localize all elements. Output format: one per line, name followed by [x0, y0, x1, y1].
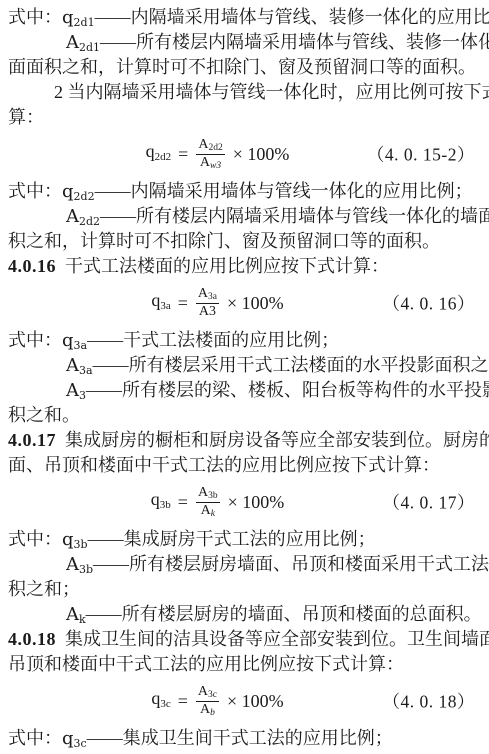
symbol-subscript: k [79, 613, 86, 626]
symbol-base: A [198, 137, 208, 152]
symbol-base: q [62, 529, 74, 550]
symbol-base: A [200, 155, 210, 170]
symbol-subscript: 2d2 [208, 143, 222, 153]
definition-line: A3——所有楼层的梁、楼板、阳台板等构件的水平投影面 [8, 378, 483, 403]
body-text: 算： [8, 107, 44, 127]
symbol-base: A [66, 206, 79, 227]
fraction: A3a A3 [196, 286, 219, 322]
body-line: 2 当内隔墙采用墙体与管线一体化时，应用比例可按下式计 [8, 80, 483, 105]
fraction-denominator: Ab [198, 702, 217, 719]
times-100-label: × 100% [233, 142, 290, 167]
symbol-A2d1: A2d1 [66, 32, 100, 53]
symbol-base: q [62, 181, 74, 202]
symbol-subscript: 2d1 [74, 16, 95, 29]
symbol-base: A [201, 503, 211, 518]
symbol-base: A [198, 684, 208, 699]
document-page: 式中：q2d1——内隔墙采用墙体与管线、装修一体化的应用比例； A2d1——所有… [0, 0, 489, 751]
formula-lhs: q3b [151, 487, 171, 518]
times-100-label: × 100% [227, 689, 284, 714]
symbol-subscript: 3c [74, 737, 87, 750]
definition-text: ——集成卫生间干式工法的应用比例； [87, 728, 393, 748]
symbol-A3: A3 [66, 380, 86, 401]
times-100-label: × 100% [227, 291, 284, 316]
shizhong-label: 式中： [8, 330, 62, 350]
symbol-subscript: 3b [160, 499, 171, 511]
definition-text: ——所有楼层内隔墙采用墙体与管线、装修一体化的墙 [100, 32, 489, 52]
symbol-subscript: 2d2 [74, 190, 95, 203]
definition-text: ——所有楼层厨房墙面、吊顶和楼面采用干式工法的面 [93, 554, 489, 574]
formula-row-4-0-18: q3c = A3c Ab × 100% （4. 0. 18） [8, 678, 483, 725]
body-line: 算： [8, 105, 483, 130]
definition-line: 式中：q2d2——内隔墙采用墙体与管线一体化的应用比例； [8, 179, 483, 204]
symbol-base: q [146, 141, 155, 161]
body-text: 积之和，计算时可不扣除门、窗及预留洞口等的面积。 [8, 231, 440, 251]
symbol-subscript: 3b [79, 563, 93, 576]
symbol-Ak: Ak [66, 604, 86, 625]
definition-line: 式中：q2d1——内隔墙采用墙体与管线、装修一体化的应用比例； [8, 5, 483, 30]
symbol-base: q [62, 7, 74, 28]
symbol-q3b: q3b [62, 529, 88, 550]
symbol-base: q [62, 330, 74, 351]
definition-text: ——内隔墙采用墙体与管线一体化的应用比例； [95, 181, 473, 201]
formula: q3a = A3a A3 × 100% [151, 286, 283, 322]
section-text: 干式工法楼面的应用比例应按下式计算： [65, 256, 389, 276]
definition-line: 式中：q3c——集成卫生间干式工法的应用比例； [8, 726, 483, 751]
symbol-subscript: k [211, 509, 215, 519]
fraction: A3c Ab [196, 684, 219, 720]
formula-row-4-0-16: q3a = A3a A3 × 100% （4. 0. 16） [8, 280, 483, 327]
symbol-base: A [198, 286, 208, 301]
symbol-subscript: w3 [210, 161, 221, 171]
body-line: 积之和，计算时可不扣除门、窗及预留洞口等的面积。 [8, 229, 483, 254]
equals-sign: = [178, 291, 188, 316]
definition-line: Ak——所有楼层厨房的墙面、吊顶和楼面的总面积。 [8, 602, 483, 627]
symbol-subscript: 2d2 [79, 215, 100, 228]
equation-number: （4. 0. 15-2） [367, 142, 475, 167]
symbol-q2d2: q2d2 [62, 181, 95, 202]
definition-line: 式中：q3b——集成厨房干式工法的应用比例； [8, 527, 483, 552]
section-text: 集成厨房的橱柜和厨房设备等应全部安装到位。厨房的墙 [65, 430, 489, 450]
formula-row-4-0-15-2: q2d2 = A2d2 Aw3 × 100% （4. 0. 15-2） [8, 131, 483, 178]
body-line: 面、吊顶和楼面中干式工法的应用比例应按下式计算： [8, 453, 483, 478]
fraction-denominator: Ak [199, 503, 217, 520]
body-text: 面面积之和，计算时可不扣除门、窗及预留洞口等的面积。 [8, 57, 476, 77]
shizhong-label: 式中： [8, 529, 62, 549]
equation-number: （4. 0. 18） [383, 689, 476, 714]
symbol-base: A [200, 702, 210, 717]
symbol-base: q [151, 489, 160, 509]
symbol-subscript: 3b [74, 538, 88, 551]
times-100-label: × 100% [228, 490, 285, 515]
body-text: 2 当内隔墙采用墙体与管线一体化时，应用比例可按下式计 [54, 82, 489, 102]
fraction-numerator: A3a [196, 286, 219, 304]
formula-lhs: q3c [151, 686, 170, 717]
symbol-base: q [151, 688, 160, 708]
body-line: 积之和； [8, 577, 483, 602]
symbol-q3c: q3c [62, 728, 87, 749]
definition-text: ——集成厨房干式工法的应用比例； [88, 529, 376, 549]
formula-lhs: q3a [151, 288, 170, 319]
body-line: 积之和。 [8, 403, 483, 428]
formula: q2d2 = A2d2 Aw3 × 100% [146, 137, 290, 173]
symbol-A2d2: A2d2 [66, 206, 100, 227]
formula: q3b = A3b Ak × 100% [151, 485, 284, 521]
symbol-base: A [66, 554, 79, 575]
formula-row-4-0-17: q3b = A3b Ak × 100% （4. 0. 17） [8, 479, 483, 526]
symbol-base: q [62, 728, 74, 749]
definition-line: 式中：q3a——干式工法楼面的应用比例； [8, 328, 483, 353]
definition-line: A2d1——所有楼层内隔墙采用墙体与管线、装修一体化的墙 [8, 30, 483, 55]
symbol-q2d1: q2d1 [62, 7, 95, 28]
shizhong-label: 式中： [8, 728, 62, 748]
definition-text: ——所有楼层采用干式工法楼面的水平投影面积之和； [93, 355, 489, 375]
fraction: A2d2 Aw3 [196, 137, 224, 173]
body-text: 积之和； [8, 579, 80, 599]
symbol-subscript: 3a [208, 292, 217, 302]
symbol-subscript: 2d2 [155, 151, 172, 163]
symbol-base: A [66, 355, 79, 376]
body-line: 吊顶和楼面中干式工法的应用比例应按下式计算： [8, 652, 483, 677]
section-line-4-0-17: 4.0.17集成厨房的橱柜和厨房设备等应全部安装到位。厨房的墙 [8, 428, 483, 453]
symbol-subscript: 3c [208, 690, 217, 700]
fraction: A3b Ak [196, 485, 220, 521]
symbol-base: A [198, 485, 208, 500]
fraction-denominator: Aw3 [198, 155, 223, 172]
symbol-subscript: 3c [160, 698, 170, 710]
definition-text: ——所有楼层内隔墙采用墙体与管线一体化的墙面面 [100, 206, 489, 226]
section-number: 4.0.16 [8, 256, 56, 276]
symbol-subscript: b [210, 708, 215, 718]
section-number: 4.0.17 [8, 430, 56, 450]
definition-line: A3a——所有楼层采用干式工法楼面的水平投影面积之和； [8, 353, 483, 378]
symbol-subscript: 3b [208, 491, 218, 501]
shizhong-label: 式中： [8, 181, 62, 201]
symbol-base: q [151, 290, 160, 310]
body-line: 面面积之和，计算时可不扣除门、窗及预留洞口等的面积。 [8, 55, 483, 80]
section-text: 集成卫生间的洁具设备等应全部安装到位。卫生间墙面、 [65, 629, 489, 649]
symbol-base: A [66, 32, 79, 53]
symbol-A3b: A3b [66, 554, 93, 575]
symbol-q3a: q3a [62, 330, 87, 351]
equals-sign: = [178, 490, 188, 515]
symbol-subscript: 2d1 [79, 41, 100, 54]
body-text: 积之和。 [8, 405, 80, 425]
section-line-4-0-16: 4.0.16干式工法楼面的应用比例应按下式计算： [8, 254, 483, 279]
formula: q3c = A3c Ab × 100% [151, 684, 283, 720]
symbol-subscript: 3a [79, 364, 93, 377]
section-line-4-0-18: 4.0.18集成卫生间的洁具设备等应全部安装到位。卫生间墙面、 [8, 627, 483, 652]
fraction-denominator: A3 [197, 304, 218, 321]
definition-text: ——所有楼层厨房的墙面、吊顶和楼面的总面积。 [86, 604, 482, 624]
body-text: 面、吊顶和楼面中干式工法的应用比例应按下式计算： [8, 455, 440, 475]
definition-line: A3b——所有楼层厨房墙面、吊顶和楼面采用干式工法的面 [8, 552, 483, 577]
equals-sign: = [178, 689, 188, 714]
fraction-numerator: A3b [196, 485, 220, 503]
formula-lhs: q2d2 [146, 139, 172, 170]
definition-text: ——干式工法楼面的应用比例； [87, 330, 339, 350]
definition-text: ——内隔墙采用墙体与管线、装修一体化的应用比例； [95, 7, 489, 27]
symbol-subscript: 3 [79, 389, 86, 402]
fraction-numerator: A2d2 [196, 137, 224, 155]
equals-sign: = [178, 142, 188, 167]
symbol-subscript: 3a [74, 339, 88, 352]
definition-line: A2d2——所有楼层内隔墙采用墙体与管线一体化的墙面面 [8, 204, 483, 229]
equation-number: （4. 0. 16） [383, 291, 476, 316]
fraction-numerator: A3c [196, 684, 219, 702]
symbol-A3a: A3a [66, 355, 93, 376]
definition-text: ——所有楼层的梁、楼板、阳台板等构件的水平投影面 [86, 380, 489, 400]
shizhong-label: 式中： [8, 7, 62, 27]
symbol-base: A [66, 604, 79, 625]
symbol-subscript: 3a [160, 300, 170, 312]
symbol-base: A3 [199, 304, 216, 319]
equation-number: （4. 0. 17） [383, 490, 476, 515]
body-text: 吊顶和楼面中干式工法的应用比例应按下式计算： [8, 654, 404, 674]
section-number: 4.0.18 [8, 629, 56, 649]
symbol-base: A [66, 380, 79, 401]
